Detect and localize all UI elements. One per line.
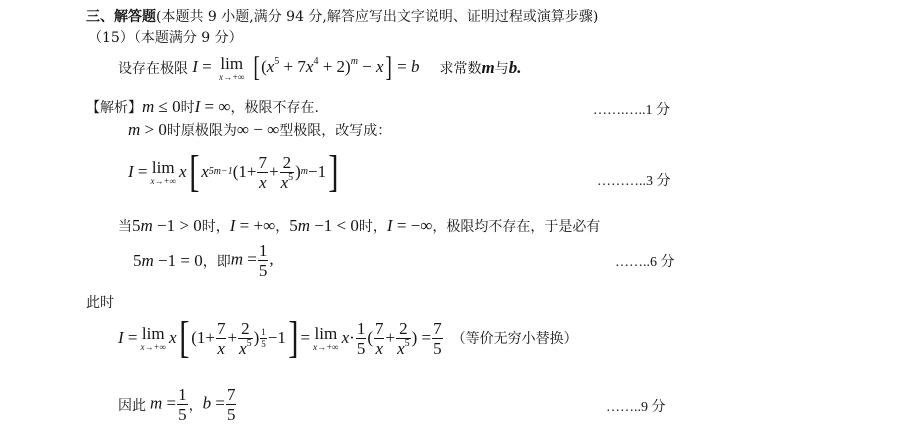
- statement-prefix: 设存在极限: [118, 58, 188, 78]
- solution-step-6: 此时: [86, 292, 114, 312]
- section-heading-bold: 三、解答题: [86, 9, 156, 25]
- lim-operator: limx→+∞: [313, 325, 338, 352]
- section-heading-rest: (本题共 9 小题,满分 94 分,解答应写出文字说明、证明过程或演算步骤): [156, 9, 598, 25]
- section-heading: 三、解答题(本题共 9 小题,满分 94 分,解答应写出文字说明、证明过程或演算…: [86, 6, 598, 26]
- var-m: m: [481, 58, 494, 78]
- solution-step-1: 【解析】 m ≤ 0 时 I = ∞ ， 极限不存在.: [86, 97, 319, 117]
- lim-operator: limx→+∞: [141, 325, 166, 352]
- step-7-note: （等价无穷小替换）: [452, 328, 578, 348]
- var-b: b.: [509, 58, 522, 78]
- lim-operator: limx→+∞: [151, 159, 176, 186]
- score-6: ……..6 分: [615, 251, 675, 271]
- problem-statement: 设存在极限 I = limx→+∞ [(x5 + 7x4 + 2)m − x] …: [118, 54, 521, 82]
- solution-step-2: m > 0 时原极限为 ∞ − ∞ 型极限，改写成：: [128, 120, 391, 140]
- solution-step-5: 5m −1 = 0 ， 即 m =15,: [133, 242, 274, 279]
- solution-step-3-formula: I = limx→+∞ x [ x5m−1(1+7x+2x5)m −1 ]: [128, 150, 341, 194]
- lim-operator: limx→+∞: [219, 55, 244, 82]
- solution-step-7-formula: I = limx→+∞ x [ (1+7x+2x5)15 −1 ] = limx…: [118, 316, 578, 360]
- problem-number: （15）（本题满分 9 分）: [88, 27, 243, 47]
- statement-formula: I = limx→+∞ [(x5 + 7x4 + 2)m − x] = b: [188, 54, 419, 82]
- score-3: ………..3 分: [597, 170, 671, 190]
- solution-step-4: 当 5m −1 > 0 时， I = +∞ ， 5m −1 < 0 时， I =…: [118, 216, 600, 236]
- statement-ask: 求常数: [439, 58, 481, 78]
- solution-step-8: 因此 m =15 ， b =75: [118, 386, 237, 423]
- solution-label: 【解析】: [86, 97, 142, 117]
- statement-and: 与: [495, 58, 509, 78]
- score-1: …….…..1 分: [593, 99, 670, 119]
- score-9: ……..9 分: [606, 396, 666, 416]
